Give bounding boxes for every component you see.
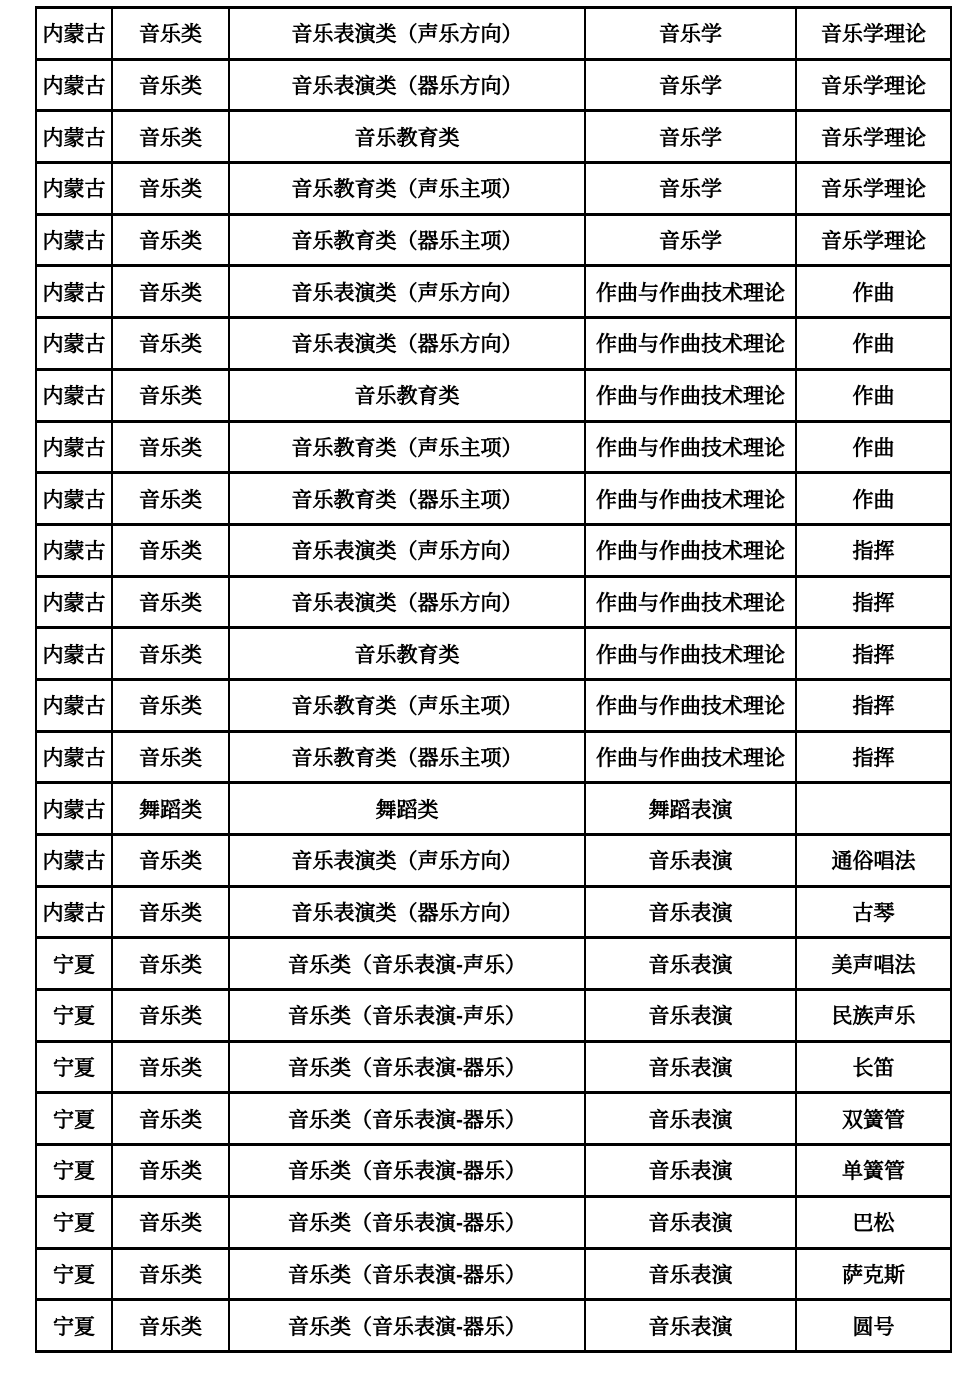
cell-specialization: 作曲 [796,318,951,370]
table-row: 宁夏音乐类音乐类（音乐表演-声乐）音乐表演美声唱法 [36,938,951,990]
cell-specialization: 作曲 [796,369,951,421]
cell-category: 音乐类 [112,628,229,680]
cell-exam_category: 音乐教育类 [229,369,585,421]
cell-specialization: 指挥 [796,679,951,731]
cell-exam_category: 音乐教育类 [229,111,585,163]
cell-major: 音乐学 [585,163,796,215]
cell-category: 音乐类 [112,111,229,163]
cell-exam_category: 舞蹈类 [229,783,585,835]
cell-major: 音乐表演 [585,886,796,938]
cell-province: 内蒙古 [36,369,112,421]
cell-category: 音乐类 [112,1041,229,1093]
table-row: 宁夏音乐类音乐类（音乐表演-器乐）音乐表演单簧管 [36,1145,951,1197]
cell-exam_category: 音乐类（音乐表演-器乐） [229,1248,585,1300]
cell-specialization: 通俗唱法 [796,835,951,887]
cell-major: 作曲与作曲技术理论 [585,628,796,680]
cell-specialization: 音乐学理论 [796,8,951,60]
cell-category: 音乐类 [112,1196,229,1248]
cell-specialization: 音乐学理论 [796,59,951,111]
cell-category: 音乐类 [112,990,229,1042]
table-row: 内蒙古音乐类音乐教育类（声乐主项）音乐学音乐学理论 [36,163,951,215]
cell-exam_category: 音乐教育类（声乐主项） [229,421,585,473]
table-row: 宁夏音乐类音乐类（音乐表演-器乐）音乐表演圆号 [36,1300,951,1352]
table-row: 宁夏音乐类音乐类（音乐表演-器乐）音乐表演巴松 [36,1196,951,1248]
cell-major: 音乐学 [585,59,796,111]
cell-category: 舞蹈类 [112,783,229,835]
cell-province: 内蒙古 [36,628,112,680]
cell-major: 音乐表演 [585,1041,796,1093]
cell-category: 音乐类 [112,8,229,60]
cell-category: 音乐类 [112,421,229,473]
table-row: 内蒙古音乐类音乐教育类（器乐主项）音乐学音乐学理论 [36,214,951,266]
table-row: 内蒙古音乐类音乐表演类（声乐方向）作曲与作曲技术理论指挥 [36,524,951,576]
cell-province: 内蒙古 [36,59,112,111]
cell-specialization: 指挥 [796,524,951,576]
table-row: 宁夏音乐类音乐类（音乐表演-声乐）音乐表演民族声乐 [36,990,951,1042]
cell-province: 宁夏 [36,1145,112,1197]
cell-province: 宁夏 [36,1093,112,1145]
cell-province: 宁夏 [36,1300,112,1352]
cell-specialization: 美声唱法 [796,938,951,990]
cell-specialization: 音乐学理论 [796,214,951,266]
cell-category: 音乐类 [112,1093,229,1145]
cell-major: 作曲与作曲技术理论 [585,369,796,421]
cell-exam_category: 音乐类（音乐表演-器乐） [229,1145,585,1197]
table-body: 内蒙古音乐类音乐表演类（声乐方向）音乐学音乐学理论内蒙古音乐类音乐表演类（器乐方… [36,8,951,1352]
cell-specialization: 萨克斯 [796,1248,951,1300]
cell-major: 作曲与作曲技术理论 [585,266,796,318]
cell-major: 音乐表演 [585,1248,796,1300]
cell-major: 作曲与作曲技术理论 [585,473,796,525]
cell-specialization: 指挥 [796,576,951,628]
cell-specialization: 作曲 [796,266,951,318]
cell-category: 音乐类 [112,886,229,938]
cell-province: 内蒙古 [36,835,112,887]
cell-exam_category: 音乐表演类（器乐方向） [229,59,585,111]
table-row: 内蒙古音乐类音乐教育类音乐学音乐学理论 [36,111,951,163]
cell-category: 音乐类 [112,731,229,783]
cell-major: 音乐表演 [585,938,796,990]
admissions-majors-table: 内蒙古音乐类音乐表演类（声乐方向）音乐学音乐学理论内蒙古音乐类音乐表演类（器乐方… [35,6,952,1353]
cell-exam_category: 音乐类（音乐表演-器乐） [229,1300,585,1352]
cell-specialization [796,783,951,835]
cell-category: 音乐类 [112,266,229,318]
table-row: 宁夏音乐类音乐类（音乐表演-器乐）音乐表演萨克斯 [36,1248,951,1300]
table-row: 内蒙古音乐类音乐教育类作曲与作曲技术理论指挥 [36,628,951,680]
cell-exam_category: 音乐教育类（器乐主项） [229,731,585,783]
table-row: 内蒙古音乐类音乐表演类（器乐方向）作曲与作曲技术理论指挥 [36,576,951,628]
cell-exam_category: 音乐表演类（器乐方向） [229,886,585,938]
cell-exam_category: 音乐教育类（器乐主项） [229,473,585,525]
cell-specialization: 民族声乐 [796,990,951,1042]
cell-province: 宁夏 [36,1248,112,1300]
table-row: 内蒙古音乐类音乐表演类（声乐方向）作曲与作曲技术理论作曲 [36,266,951,318]
cell-province: 内蒙古 [36,731,112,783]
cell-major: 作曲与作曲技术理论 [585,679,796,731]
table-row: 内蒙古音乐类音乐教育类（声乐主项）作曲与作曲技术理论作曲 [36,421,951,473]
cell-category: 音乐类 [112,1300,229,1352]
cell-major: 作曲与作曲技术理论 [585,576,796,628]
cell-specialization: 作曲 [796,421,951,473]
cell-major: 音乐表演 [585,990,796,1042]
cell-province: 内蒙古 [36,266,112,318]
cell-exam_category: 音乐类（音乐表演-声乐） [229,938,585,990]
cell-exam_category: 音乐类（音乐表演-器乐） [229,1196,585,1248]
cell-province: 内蒙古 [36,679,112,731]
cell-specialization: 指挥 [796,628,951,680]
cell-category: 音乐类 [112,473,229,525]
table-row: 内蒙古音乐类音乐表演类（器乐方向）音乐学音乐学理论 [36,59,951,111]
table-row: 宁夏音乐类音乐类（音乐表演-器乐）音乐表演长笛 [36,1041,951,1093]
cell-specialization: 圆号 [796,1300,951,1352]
cell-exam_category: 音乐类（音乐表演-声乐） [229,990,585,1042]
cell-exam_category: 音乐教育类（器乐主项） [229,214,585,266]
cell-exam_category: 音乐表演类（器乐方向） [229,318,585,370]
table-row: 内蒙古音乐类音乐教育类（器乐主项）作曲与作曲技术理论指挥 [36,731,951,783]
cell-specialization: 单簧管 [796,1145,951,1197]
cell-category: 音乐类 [112,59,229,111]
cell-exam_category: 音乐表演类（声乐方向） [229,524,585,576]
cell-category: 音乐类 [112,1145,229,1197]
cell-specialization: 指挥 [796,731,951,783]
cell-major: 音乐表演 [585,1196,796,1248]
cell-province: 内蒙古 [36,886,112,938]
cell-category: 音乐类 [112,679,229,731]
cell-specialization: 巴松 [796,1196,951,1248]
cell-category: 音乐类 [112,938,229,990]
cell-specialization: 音乐学理论 [796,163,951,215]
cell-province: 宁夏 [36,938,112,990]
table-row: 内蒙古音乐类音乐表演类（器乐方向）音乐表演古琴 [36,886,951,938]
cell-major: 作曲与作曲技术理论 [585,318,796,370]
cell-exam_category: 音乐类（音乐表演-器乐） [229,1093,585,1145]
cell-province: 内蒙古 [36,783,112,835]
cell-exam_category: 音乐教育类（声乐主项） [229,163,585,215]
cell-specialization: 双簧管 [796,1093,951,1145]
table-row: 内蒙古音乐类音乐教育类（声乐主项）作曲与作曲技术理论指挥 [36,679,951,731]
document-page: 内蒙古音乐类音乐表演类（声乐方向）音乐学音乐学理论内蒙古音乐类音乐表演类（器乐方… [0,0,963,1385]
cell-major: 音乐表演 [585,1145,796,1197]
cell-major: 音乐学 [585,111,796,163]
cell-province: 宁夏 [36,1041,112,1093]
cell-province: 内蒙古 [36,111,112,163]
cell-exam_category: 音乐表演类（声乐方向） [229,835,585,887]
cell-major: 作曲与作曲技术理论 [585,421,796,473]
cell-major: 音乐表演 [585,835,796,887]
cell-province: 内蒙古 [36,318,112,370]
cell-major: 舞蹈表演 [585,783,796,835]
cell-category: 音乐类 [112,524,229,576]
cell-province: 内蒙古 [36,524,112,576]
table-row: 内蒙古音乐类音乐表演类（声乐方向）音乐表演通俗唱法 [36,835,951,887]
cell-category: 音乐类 [112,163,229,215]
cell-specialization: 古琴 [796,886,951,938]
cell-category: 音乐类 [112,576,229,628]
cell-category: 音乐类 [112,318,229,370]
cell-province: 内蒙古 [36,214,112,266]
cell-category: 音乐类 [112,1248,229,1300]
cell-province: 内蒙古 [36,8,112,60]
table-row: 内蒙古舞蹈类舞蹈类舞蹈表演 [36,783,951,835]
table-row: 内蒙古音乐类音乐表演类（器乐方向）作曲与作曲技术理论作曲 [36,318,951,370]
cell-major: 作曲与作曲技术理论 [585,731,796,783]
table-row: 内蒙古音乐类音乐教育类（器乐主项）作曲与作曲技术理论作曲 [36,473,951,525]
cell-category: 音乐类 [112,214,229,266]
cell-exam_category: 音乐类（音乐表演-器乐） [229,1041,585,1093]
cell-exam_category: 音乐教育类（声乐主项） [229,679,585,731]
cell-exam_category: 音乐表演类（声乐方向） [229,266,585,318]
cell-exam_category: 音乐教育类 [229,628,585,680]
cell-major: 音乐表演 [585,1300,796,1352]
cell-major: 音乐学 [585,8,796,60]
cell-specialization: 作曲 [796,473,951,525]
cell-exam_category: 音乐表演类（器乐方向） [229,576,585,628]
cell-specialization: 音乐学理论 [796,111,951,163]
cell-specialization: 长笛 [796,1041,951,1093]
cell-major: 音乐学 [585,214,796,266]
cell-province: 内蒙古 [36,473,112,525]
cell-category: 音乐类 [112,835,229,887]
cell-province: 宁夏 [36,990,112,1042]
cell-exam_category: 音乐表演类（声乐方向） [229,8,585,60]
cell-province: 内蒙古 [36,421,112,473]
table-row: 内蒙古音乐类音乐表演类（声乐方向）音乐学音乐学理论 [36,8,951,60]
cell-category: 音乐类 [112,369,229,421]
cell-province: 内蒙古 [36,576,112,628]
cell-province: 内蒙古 [36,163,112,215]
cell-province: 宁夏 [36,1196,112,1248]
cell-major: 作曲与作曲技术理论 [585,524,796,576]
table-row: 宁夏音乐类音乐类（音乐表演-器乐）音乐表演双簧管 [36,1093,951,1145]
table-row: 内蒙古音乐类音乐教育类作曲与作曲技术理论作曲 [36,369,951,421]
cell-major: 音乐表演 [585,1093,796,1145]
